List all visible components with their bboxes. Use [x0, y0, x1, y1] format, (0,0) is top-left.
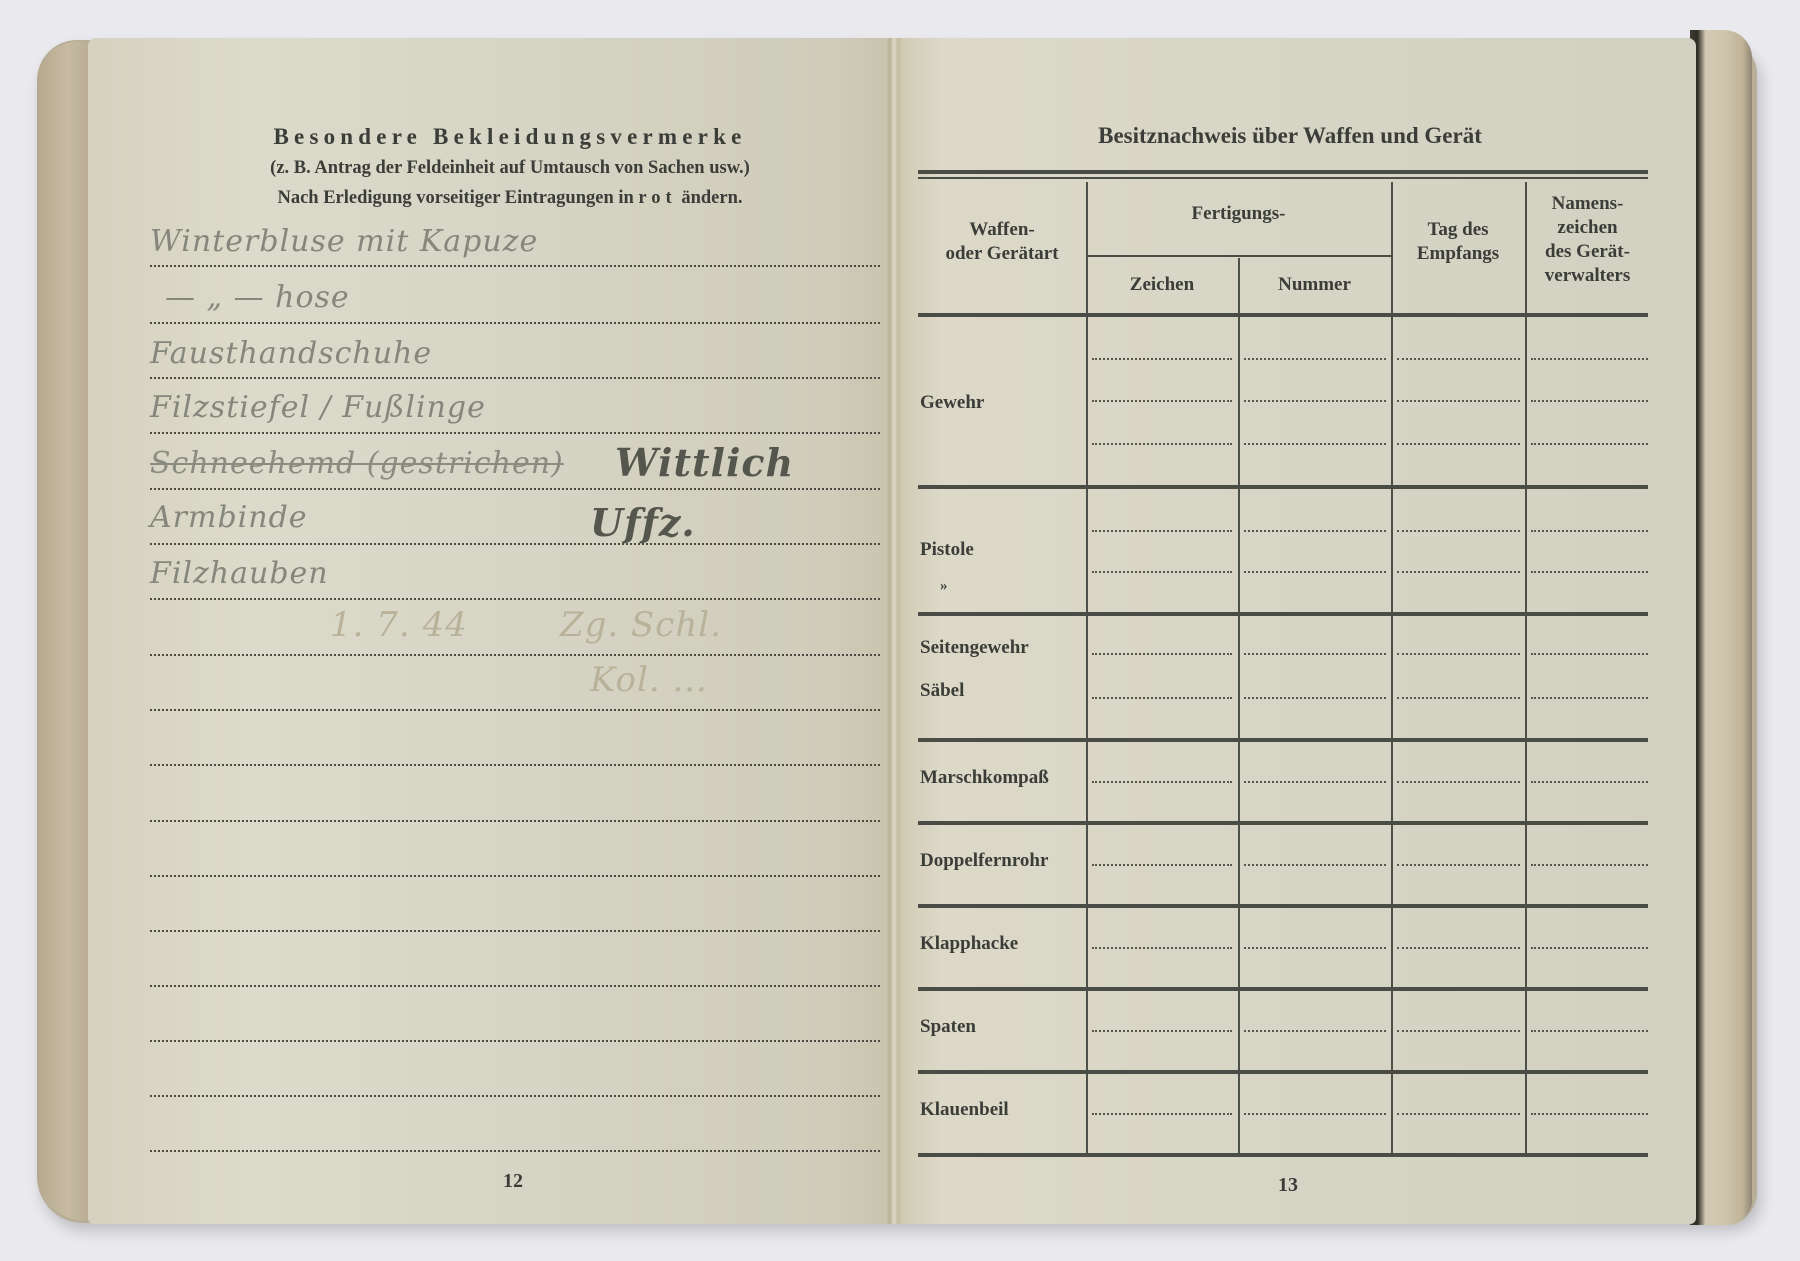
- header-line: des Gerät-: [1525, 240, 1650, 264]
- left-cover-edge: [37, 42, 93, 1220]
- cell-entry-line: [1531, 781, 1648, 783]
- cell-entry-line: [1397, 781, 1520, 783]
- cell-entry-line: [1397, 358, 1520, 360]
- handwritten-entry: Winterbluse mit Kapuze: [150, 224, 538, 259]
- cell-entry-line: [1092, 947, 1232, 949]
- row-separator: [918, 612, 1648, 616]
- dotted-line: [150, 488, 880, 490]
- signature-rank: Uffz.: [590, 500, 696, 545]
- instruction-text-end: ändern.: [677, 188, 743, 208]
- cell-entry-line: [1531, 1113, 1648, 1115]
- cell-entry-line: [1397, 653, 1520, 655]
- dotted-line: [150, 1040, 880, 1042]
- dotted-line: [150, 265, 880, 267]
- cell-entry-line: [1244, 358, 1386, 360]
- table-top-rule: [918, 170, 1648, 174]
- cell-entry-line: [1092, 697, 1232, 699]
- cell-entry-line: [1397, 864, 1520, 866]
- handwritten-entry: Filzstiefel / Fußlinge: [150, 390, 486, 425]
- instruction-emphasis: rot: [638, 188, 676, 208]
- cell-entry-line: [1092, 1030, 1232, 1032]
- cell-entry-line: [1092, 530, 1232, 532]
- table-bottom-rule: [918, 1153, 1648, 1157]
- cell-entry-line: [1397, 400, 1520, 402]
- handwritten-entry: — „ — hose: [165, 280, 350, 315]
- cell-entry-line: [1092, 781, 1232, 783]
- header-line: Tag des: [1391, 218, 1525, 242]
- cell-entry-line: [1092, 653, 1232, 655]
- signature-name: Wittlich: [615, 440, 794, 485]
- cell-entry-line: [1531, 443, 1648, 445]
- book-gutter: [886, 38, 902, 1224]
- page-number-right: 13: [1278, 1174, 1298, 1197]
- dotted-line: [150, 930, 880, 932]
- left-page: [88, 38, 894, 1224]
- header-tag-des-empfangs: Tag des Empfangs: [1391, 218, 1525, 266]
- header-waffen-geraetart: Waffen- oder Gerätart: [918, 218, 1086, 266]
- header-bottom-rule: [918, 313, 1648, 317]
- header-line: zeichen: [1525, 216, 1650, 240]
- row-label-saebel: Säbel: [920, 671, 964, 711]
- row-label-klauenbeil: Klauenbeil: [920, 1090, 1009, 1130]
- cell-entry-line: [1397, 530, 1520, 532]
- cell-entry-line: [1244, 400, 1386, 402]
- dotted-line: [150, 377, 880, 379]
- handwritten-entry: Fausthandschuhe: [150, 336, 432, 371]
- cell-entry-line: [1092, 400, 1232, 402]
- faded-stamp-text: Zg. Schl.: [560, 605, 722, 645]
- cell-entry-line: [1244, 443, 1386, 445]
- row-mark: »: [940, 566, 948, 606]
- cell-entry-line: [1092, 358, 1232, 360]
- cell-entry-line: [1244, 697, 1386, 699]
- header-line: Empfangs: [1391, 242, 1525, 266]
- cell-entry-line: [1531, 530, 1648, 532]
- column-divider: [1086, 182, 1088, 1154]
- row-separator: [918, 987, 1648, 991]
- header-zeichen: Zeichen: [1086, 273, 1238, 297]
- row-label-seitengewehr: Seitengewehr: [920, 628, 1029, 668]
- dotted-line: [150, 543, 880, 545]
- cell-entry-line: [1397, 1030, 1520, 1032]
- table-top-rule-thin: [918, 177, 1648, 179]
- cell-entry-line: [1244, 653, 1386, 655]
- row-separator: [918, 904, 1648, 908]
- cell-entry-line: [1397, 697, 1520, 699]
- row-label-marschkompass: Marschkompaß: [920, 758, 1049, 798]
- header-fertigungs: Fertigungs-: [1086, 202, 1391, 226]
- cell-entry-line: [1397, 947, 1520, 949]
- header-namenszeichen: Namens- zeichen des Gerät- verwalters: [1525, 192, 1650, 288]
- cell-entry-line: [1092, 443, 1232, 445]
- column-divider: [1391, 182, 1393, 1154]
- dotted-line: [150, 654, 880, 656]
- row-separator: [918, 821, 1648, 825]
- left-page-instruction: Nach Erledigung vorseitiger Eintragungen…: [150, 188, 870, 209]
- column-divider: [1525, 182, 1527, 1154]
- row-label-gewehr: Gewehr: [920, 383, 984, 423]
- cell-entry-line: [1092, 1113, 1232, 1115]
- header-line: verwalters: [1525, 264, 1650, 288]
- dotted-line: [150, 709, 880, 711]
- cell-entry-line: [1531, 1030, 1648, 1032]
- column-divider: [1238, 258, 1240, 1154]
- cell-entry-line: [1244, 571, 1386, 573]
- faded-stamp-text: Kol. ...: [590, 660, 708, 700]
- handwritten-entry: Armbinde: [150, 500, 308, 535]
- cell-entry-line: [1244, 864, 1386, 866]
- right-page-stack: [1690, 30, 1752, 1225]
- dotted-line: [150, 985, 880, 987]
- dotted-line: [150, 820, 880, 822]
- cell-entry-line: [1531, 571, 1648, 573]
- dotted-line: [150, 598, 880, 600]
- faded-stamp-text: 1. 7. 44: [330, 605, 468, 645]
- cell-entry-line: [1397, 1113, 1520, 1115]
- cell-entry-line: [1244, 947, 1386, 949]
- left-page-title: Besondere Bekleidungsvermerke: [150, 124, 870, 150]
- row-separator: [918, 485, 1648, 489]
- row-separator: [918, 738, 1648, 742]
- cell-entry-line: [1531, 697, 1648, 699]
- dotted-line: [150, 1095, 880, 1097]
- cell-entry-line: [1531, 947, 1648, 949]
- fertigung-subheader-rule: [1086, 255, 1391, 257]
- row-separator: [918, 1070, 1648, 1074]
- row-label-doppelfernrohr: Doppelfernrohr: [920, 841, 1048, 881]
- cell-entry-line: [1531, 400, 1648, 402]
- dotted-line: [150, 322, 880, 324]
- handwritten-entry: Filzhauben: [150, 556, 329, 591]
- header-line: Namens-: [1525, 192, 1650, 216]
- cell-entry-line: [1244, 1030, 1386, 1032]
- left-page-subtitle: (z. B. Antrag der Feldeinheit auf Umtaus…: [150, 158, 870, 179]
- dotted-line: [150, 1150, 880, 1152]
- cell-entry-line: [1092, 571, 1232, 573]
- row-label-klapphacke: Klapphacke: [920, 924, 1018, 964]
- right-page-title: Besitznachweis über Waffen und Gerät: [920, 123, 1660, 149]
- cell-entry-line: [1244, 781, 1386, 783]
- instruction-text: Nach Erledigung vorseitiger Eintragungen…: [277, 188, 638, 208]
- cell-entry-line: [1531, 358, 1648, 360]
- cell-entry-line: [1531, 864, 1648, 866]
- cell-entry-line: [1397, 443, 1520, 445]
- dotted-line: [150, 432, 880, 434]
- cell-entry-line: [1092, 864, 1232, 866]
- cell-entry-line: [1531, 653, 1648, 655]
- header-nummer: Nummer: [1238, 273, 1391, 297]
- header-line: Waffen-: [918, 218, 1086, 242]
- dotted-line: [150, 764, 880, 766]
- dotted-line: [150, 875, 880, 877]
- row-label-pistole: Pistole: [920, 530, 974, 570]
- cell-entry-line: [1244, 530, 1386, 532]
- header-line: oder Gerätart: [918, 242, 1086, 266]
- cell-entry-line: [1397, 571, 1520, 573]
- page-number-left: 12: [503, 1170, 523, 1193]
- row-label-spaten: Spaten: [920, 1007, 976, 1047]
- handwritten-entry-crossed-out: Schneehemd (gestrichen): [150, 446, 564, 481]
- cell-entry-line: [1244, 1113, 1386, 1115]
